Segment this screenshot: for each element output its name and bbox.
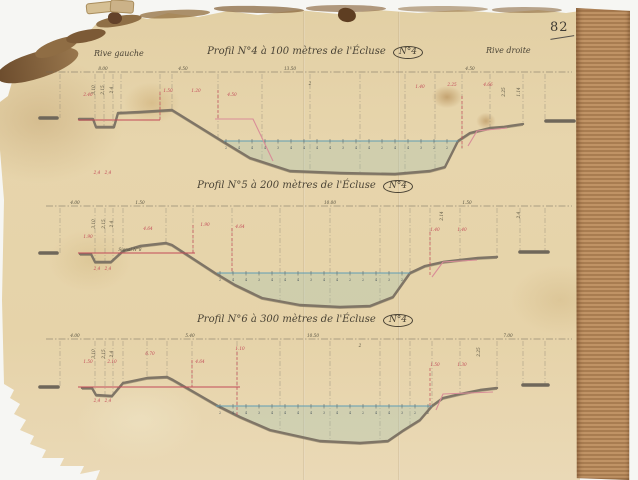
svg-text:4.50: 4.50 xyxy=(177,66,188,71)
svg-text:1.20: 1.20 xyxy=(191,88,201,93)
profile-2-section: 4.001.5010.001.502443444344224321.904.64… xyxy=(40,200,572,308)
svg-text:2: 2 xyxy=(219,411,221,415)
svg-text:4: 4 xyxy=(329,146,331,150)
svg-text:2: 2 xyxy=(349,278,351,282)
svg-text:1.14: 1.14 xyxy=(516,87,521,97)
scanned-document: 8.004.5013.504.502444344443442443222.401… xyxy=(0,0,638,480)
svg-text:4.66: 4.66 xyxy=(482,82,493,87)
svg-text:4.64: 4.64 xyxy=(142,226,153,231)
svg-text:1.50: 1.50 xyxy=(83,359,93,364)
svg-text:2: 2 xyxy=(362,278,364,282)
svg-text:1.50: 1.50 xyxy=(462,200,472,205)
profile-1-title-text: Profil N°4 à 100 mètres de l'Écluse xyxy=(207,46,386,57)
svg-text:1.50: 1.50 xyxy=(135,200,145,205)
svg-text:2,4: 2,4 xyxy=(93,170,101,175)
svg-text:4.50: 4.50 xyxy=(226,92,237,97)
svg-text:4: 4 xyxy=(336,411,338,415)
svg-text:4: 4 xyxy=(310,411,312,415)
svg-text:2.25: 2.25 xyxy=(501,87,506,98)
svg-text:1.50: 1.50 xyxy=(430,362,440,367)
svg-text:4: 4 xyxy=(245,411,247,415)
svg-text:2: 2 xyxy=(446,146,448,150)
svg-text:3.10: 3.10 xyxy=(91,85,96,95)
svg-text:4: 4 xyxy=(349,411,351,415)
svg-text:4: 4 xyxy=(336,278,338,282)
svg-text:4: 4 xyxy=(375,411,377,415)
svg-text:4.50: 4.50 xyxy=(464,66,475,71)
svg-text:4: 4 xyxy=(284,411,286,415)
svg-text:4.64: 4.64 xyxy=(234,224,245,229)
svg-text:2: 2 xyxy=(362,411,364,415)
svg-text:2.15: 2.15 xyxy=(101,349,106,360)
svg-text:Signal N°8: Signal N°8 xyxy=(118,247,142,252)
svg-text:2.15: 2.15 xyxy=(100,85,105,96)
svg-text:3: 3 xyxy=(323,411,325,415)
svg-text:3: 3 xyxy=(342,146,344,150)
svg-text:3.10: 3.10 xyxy=(91,219,96,229)
svg-text:2: 2 xyxy=(358,343,362,348)
svg-text:13.50: 13.50 xyxy=(284,66,296,71)
svg-text:4: 4 xyxy=(251,146,253,150)
svg-text:4: 4 xyxy=(388,411,390,415)
svg-text:2.15: 2.15 xyxy=(101,219,106,230)
svg-text:4: 4 xyxy=(355,146,357,150)
profiles-drawing: 8.004.5013.504.502444344443442443222.401… xyxy=(0,0,638,480)
svg-text:4: 4 xyxy=(316,146,318,150)
svg-text:1.90: 1.90 xyxy=(83,234,93,239)
svg-text:3: 3 xyxy=(258,411,260,415)
right-bank-label: Rive droite xyxy=(486,46,531,55)
svg-text:2: 2 xyxy=(219,278,221,282)
page-number: 82 xyxy=(550,20,574,38)
svg-text:1.40: 1.40 xyxy=(457,227,467,232)
svg-text:3: 3 xyxy=(310,278,312,282)
svg-text:2.4: 2.4 xyxy=(109,86,114,94)
profile-3-title: Profil N°6 à 300 mètres de l'ÉcluseN°4 xyxy=(140,314,470,327)
left-bank-label: Rive gauche xyxy=(94,49,144,58)
svg-text:2: 2 xyxy=(225,146,227,150)
svg-text:4: 4 xyxy=(375,278,377,282)
svg-text:2: 2 xyxy=(401,278,403,282)
svg-text:3.10: 3.10 xyxy=(91,349,96,359)
svg-text:2.14: 2.14 xyxy=(439,211,444,222)
svg-text:2.25: 2.25 xyxy=(476,347,481,358)
profile-2-lock-badge: N°4 xyxy=(383,180,413,193)
svg-text:1.10: 1.10 xyxy=(235,346,245,351)
svg-text:4: 4 xyxy=(394,146,396,150)
svg-text:4: 4 xyxy=(271,411,273,415)
svg-text:4: 4 xyxy=(303,146,305,150)
svg-text:2: 2 xyxy=(433,146,435,150)
svg-text:4: 4 xyxy=(297,278,299,282)
svg-text:5.40: 5.40 xyxy=(185,333,195,338)
svg-text:1.30: 1.30 xyxy=(457,362,467,367)
svg-text:4: 4 xyxy=(297,411,299,415)
svg-text:10.50: 10.50 xyxy=(307,333,319,338)
svg-text:2.4: 2.4 xyxy=(109,350,114,358)
svg-text:4.64: 4.64 xyxy=(194,359,205,364)
profile-2-title: Profil N°5 à 200 mètres de l'ÉcluseN°4 xyxy=(140,180,470,193)
svg-text:2: 2 xyxy=(427,411,429,415)
svg-text:4: 4 xyxy=(271,278,273,282)
svg-text:2,4: 2,4 xyxy=(104,170,112,175)
binding-strip xyxy=(576,8,630,480)
svg-text:2.4: 2.4 xyxy=(516,211,521,219)
svg-text:4: 4 xyxy=(232,278,234,282)
svg-text:10.00: 10.00 xyxy=(324,200,336,205)
svg-text:8.00: 8.00 xyxy=(98,66,108,71)
profile-1-lock-badge: N°4 xyxy=(393,46,423,59)
svg-text:6.70: 6.70 xyxy=(145,351,155,356)
svg-text:3: 3 xyxy=(258,278,260,282)
profile-2-title-text: Profil N°5 à 200 mètres de l'Écluse xyxy=(197,180,376,191)
svg-text:7.00: 7.00 xyxy=(503,333,513,338)
svg-text:4: 4 xyxy=(323,278,325,282)
svg-text:3: 3 xyxy=(277,146,279,150)
svg-text:1.90: 1.90 xyxy=(200,222,210,227)
svg-text:2.10: 2.10 xyxy=(106,359,117,364)
svg-text:3: 3 xyxy=(401,411,403,415)
svg-text:4.00: 4.00 xyxy=(69,200,80,205)
svg-text:2: 2 xyxy=(308,81,312,86)
svg-text:4.00: 4.00 xyxy=(69,333,80,338)
svg-text:4: 4 xyxy=(407,146,409,150)
svg-text:2: 2 xyxy=(414,411,416,415)
profile-1-section: 8.004.5013.504.502444344443442443222.401… xyxy=(40,66,574,175)
svg-text:2,4: 2,4 xyxy=(104,266,112,271)
profile-3-section: 4.005.4010.507.00244344443442443221.502.… xyxy=(40,333,572,444)
svg-text:4: 4 xyxy=(238,146,240,150)
svg-text:2,4: 2,4 xyxy=(104,398,112,403)
svg-text:4: 4 xyxy=(368,146,370,150)
svg-text:1.50: 1.50 xyxy=(163,88,173,93)
svg-text:2,4: 2,4 xyxy=(93,266,101,271)
svg-text:1.40: 1.40 xyxy=(415,84,425,89)
svg-text:2,4: 2,4 xyxy=(93,398,101,403)
svg-text:4: 4 xyxy=(290,146,292,150)
svg-text:2.25: 2.25 xyxy=(446,82,457,87)
svg-text:3: 3 xyxy=(388,278,390,282)
svg-text:2.4: 2.4 xyxy=(109,220,114,228)
profile-1-title: Profil N°4 à 100 mètres de l'ÉcluseN°4 xyxy=(150,46,480,59)
svg-text:2: 2 xyxy=(381,146,383,150)
svg-text:4: 4 xyxy=(232,411,234,415)
svg-text:4: 4 xyxy=(245,278,247,282)
svg-text:3: 3 xyxy=(420,146,422,150)
profile-3-title-text: Profil N°6 à 300 mètres de l'Écluse xyxy=(197,314,376,325)
profile-3-lock-badge: N°4 xyxy=(383,314,413,327)
svg-text:4: 4 xyxy=(284,278,286,282)
svg-text:1.40: 1.40 xyxy=(430,227,440,232)
